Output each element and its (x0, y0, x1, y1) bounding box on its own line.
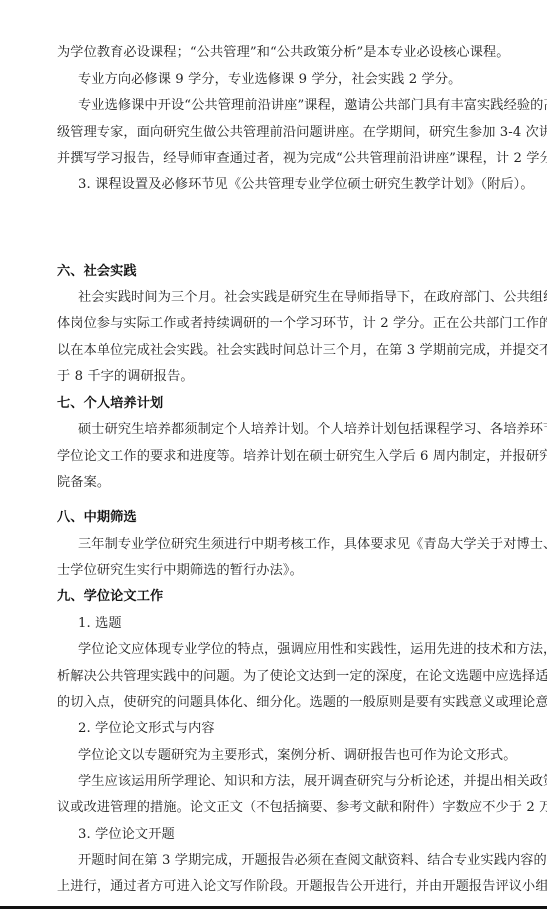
paragraph-line: 以在本单位完成社会实践。社会实践时间总计三个月，在第 3 学期前完成，并提交不少 (57, 342, 484, 360)
paragraph-line: 学生应该运用所学理论、知识和方法，展开调查研究与分析论述，并提出相关政策建 (78, 773, 484, 791)
paragraph-line: 硕士研究生培养都须制定个人培养计划。个人培养计划包括课程学习、各培养环节及 (78, 421, 484, 439)
paragraph-line: 上进行，通过者方可进入论文写作阶段。开题报告公开进行，并由开题报告评议小组评 (57, 878, 484, 896)
paragraph-line: 的切入点，使研究的问题具体化、细分化。选题的一般原则是要有实践意义或理论意义。 (57, 694, 484, 712)
paragraph-line: 并撰写学习报告，经导师审查通过者，视为完成“公共管理前沿讲座”课程，计 2 学分… (57, 150, 484, 168)
paragraph-line: 为学位教育必设课程；“公共管理”和“公共政策分析”是本专业必设核心课程。 (57, 44, 484, 62)
paragraph-line: 士学位研究生实行中期筛选的暂行办法》。 (57, 562, 484, 580)
paragraph-line: 级管理专家，面向研究生做公共管理前沿问题讲座。在学期间，研究生参加 3-4 次讲… (57, 124, 484, 142)
paragraph-line: 1. 选题 (78, 615, 484, 633)
paragraph-line: 院备案。 (57, 474, 484, 492)
paragraph-line: 三年制专业学位研究生须进行中期考核工作，具体要求见《青岛大学关于对博士、硕 (78, 536, 484, 554)
paragraph-line: 3. 课程设置及必修环节见《公共管理专业学位硕士研究生教学计划》（附后）。 (78, 176, 484, 194)
paragraph-line: 学位论文应体现专业学位的特点，强调应用性和实践性，运用先进的技术和方法，分 (78, 641, 484, 659)
paragraph-line: 学位论文工作的要求和进度等。培养计划在硕士研究生入学后 6 周内制定，并报研究生 (57, 448, 484, 466)
paragraph-line: 体岗位参与实际工作或者持续调研的一个学习环节，计 2 学分。正在公共部门工作的可 (57, 315, 484, 333)
paragraph-line: 学位论文以专题研究为主要形式，案例分析、调研报告也可作为论文形式。 (78, 747, 484, 765)
paragraph-line: 3. 学位论文开题 (78, 826, 484, 844)
section-heading: 九、学位论文工作 (57, 588, 484, 606)
paragraph-line: 专业选修课中开设“公共管理前沿讲座”课程，邀请公共部门具有丰富实践经验的高 (78, 97, 484, 115)
paragraph-line: 社会实践时间为三个月。社会实践是研究生在导师指导下，在政府部门、公共组织具 (78, 289, 484, 307)
paragraph-line: 开题时间在第 3 学期完成，开题报告必须在查阅文献资料、结合专业实践内容的基础 (78, 852, 484, 870)
section-heading: 八、中期筛选 (57, 509, 484, 527)
section-heading: 六、社会实践 (57, 263, 484, 281)
section-heading: 七、个人培养计划 (57, 395, 484, 413)
page-bottom-border (0, 906, 547, 909)
document-page: 为学位教育必设课程；“公共管理”和“公共政策分析”是本专业必设核心课程。专业方向… (0, 0, 547, 910)
paragraph-line: 于 8 千字的调研报告。 (57, 368, 484, 386)
paragraph-line: 专业方向必修课 9 学分，专业选修课 9 学分，社会实践 2 学分。 (78, 71, 484, 89)
paragraph-line: 析解决公共管理实践中的问题。为了使论文达到一定的深度，在论文选题中应选择适当 (57, 668, 484, 686)
paragraph-line: 2. 学位论文形式与内容 (78, 720, 484, 738)
paragraph-line: 议或改进管理的措施。论文正文（不包括摘要、参考文献和附件）字数应不少于 2 万字… (57, 799, 484, 817)
